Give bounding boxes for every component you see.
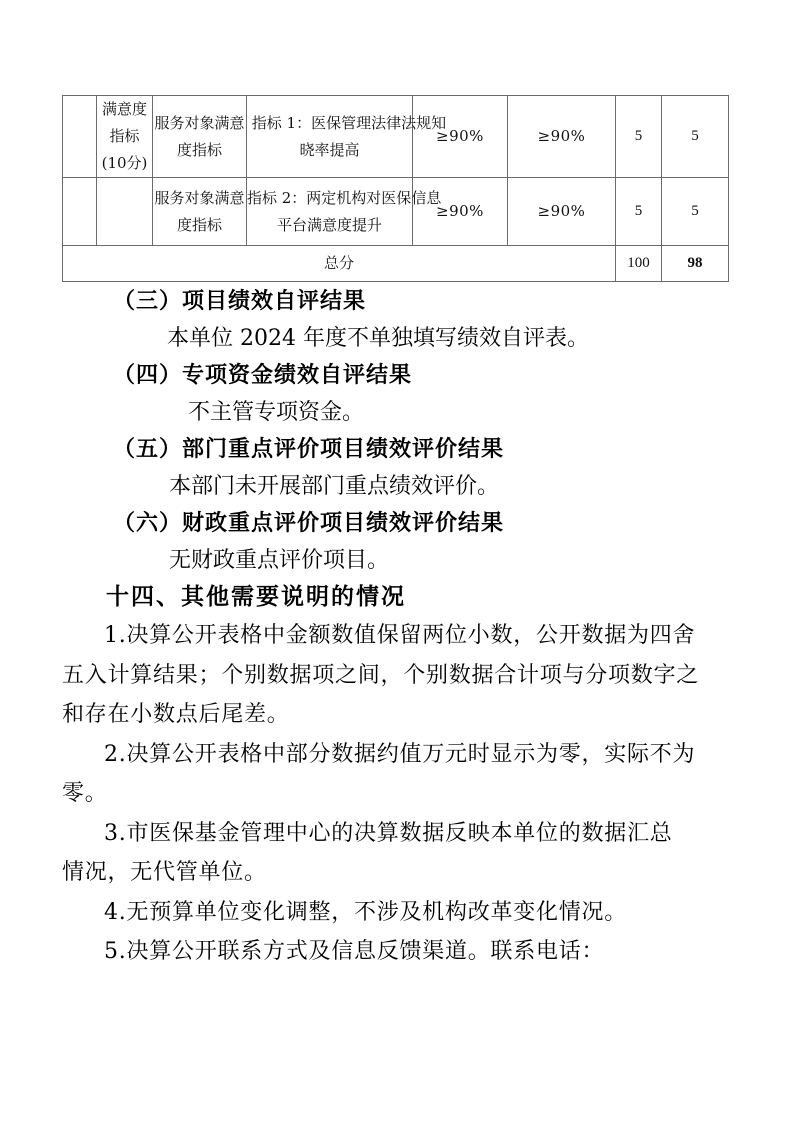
actual-value-cell: ≥90% [508,96,616,178]
document-page: 满意度 指标 (10分) 服务对象满意 度指标 指标 1：医保管理法律法规知 晓… [0,0,793,1122]
category-cell [97,178,153,246]
body-line: 3.市医保基金管理中心的决算数据反映本单位的数据汇总 [62,814,726,854]
category-cell: 满意度 指标 (10分) [97,96,153,178]
body-line: 不主管专项资金。 [62,394,726,431]
actual-value-cell: ≥90% [508,178,616,246]
body-line: 无财政重点评价项目。 [62,542,726,579]
indicator-line: 晓率提高 [247,137,412,164]
total-score-cell: 98 [662,246,729,282]
subcategory-cell: 服务对象满意 度指标 [153,96,247,178]
total-label-cell: 总分 [63,246,616,282]
target-value-cell: ≥90% [413,96,508,178]
table-row: 服务对象满意 度指标 指标 2：两定机构对医保信息 平台满意度提升 ≥90% ≥… [63,178,729,246]
full-score-cell: 5 [616,178,662,246]
target-value-cell: ≥90% [413,178,508,246]
subcategory-line: 服务对象满意 [153,185,246,212]
subsection-heading: （五）部门重点评价项目绩效评价结果 [62,431,726,468]
body-line: 零。 [62,774,726,814]
body-line: 情况，无代管单位。 [62,853,726,893]
section-heading: 十四、其他需要说明的情况 [62,579,726,616]
subcategory-line: 度指标 [153,137,246,164]
indicator-line: 平台满意度提升 [247,212,412,239]
indicator-cell: 指标 2：两定机构对医保信息 平台满意度提升 [247,178,413,246]
spacer-cell [63,178,97,246]
total-full-score-cell: 100 [616,246,662,282]
body-line: 2.决算公开表格中部分数据约值万元时显示为零，实际不为 [62,735,726,775]
total-row: 总分 100 98 [63,246,729,282]
body-line: 5.决算公开联系方式及信息反馈渠道。联系电话： [62,932,726,972]
score-cell: 5 [662,96,729,178]
body-line: 4.无预算单位变化调整，不涉及机构改革变化情况。 [62,893,726,933]
full-score-cell: 5 [616,96,662,178]
body-line: 和存在小数点后尾差。 [62,695,726,735]
subsection-heading: （四）专项资金绩效自评结果 [62,357,726,394]
table-row: 满意度 指标 (10分) 服务对象满意 度指标 指标 1：医保管理法律法规知 晓… [63,96,729,178]
body-line: 本部门未开展部门重点绩效评价。 [62,468,726,505]
spacer-cell [63,96,97,178]
subcategory-line: 度指标 [153,212,246,239]
subcategory-line: 服务对象满意 [153,110,246,137]
subsection-heading: （三）项目绩效自评结果 [62,283,726,320]
category-line: 满意度 [97,96,152,123]
body-line: 五入计算结果；个别数据项之间，个别数据合计项与分项数字之 [62,656,726,696]
subcategory-cell: 服务对象满意 度指标 [153,178,247,246]
indicator-line: 指标 1：医保管理法律法规知 [247,110,412,137]
score-cell: 5 [662,178,729,246]
indicator-line: 指标 2：两定机构对医保信息 [247,185,412,212]
category-line: 指标 [97,123,152,150]
performance-indicator-table: 满意度 指标 (10分) 服务对象满意 度指标 指标 1：医保管理法律法规知 晓… [62,95,729,282]
subsection-heading: （六）财政重点评价项目绩效评价结果 [62,505,726,542]
document-body: （三）项目绩效自评结果 本单位 2024 年度不单独填写绩效自评表。 （四）专项… [62,283,726,972]
body-line: 1.决算公开表格中金额数值保留两位小数，公开数据为四舍 [62,616,726,656]
body-line: 本单位 2024 年度不单独填写绩效自评表。 [62,320,726,357]
indicator-cell: 指标 1：医保管理法律法规知 晓率提高 [247,96,413,178]
category-line: (10分) [97,150,152,177]
